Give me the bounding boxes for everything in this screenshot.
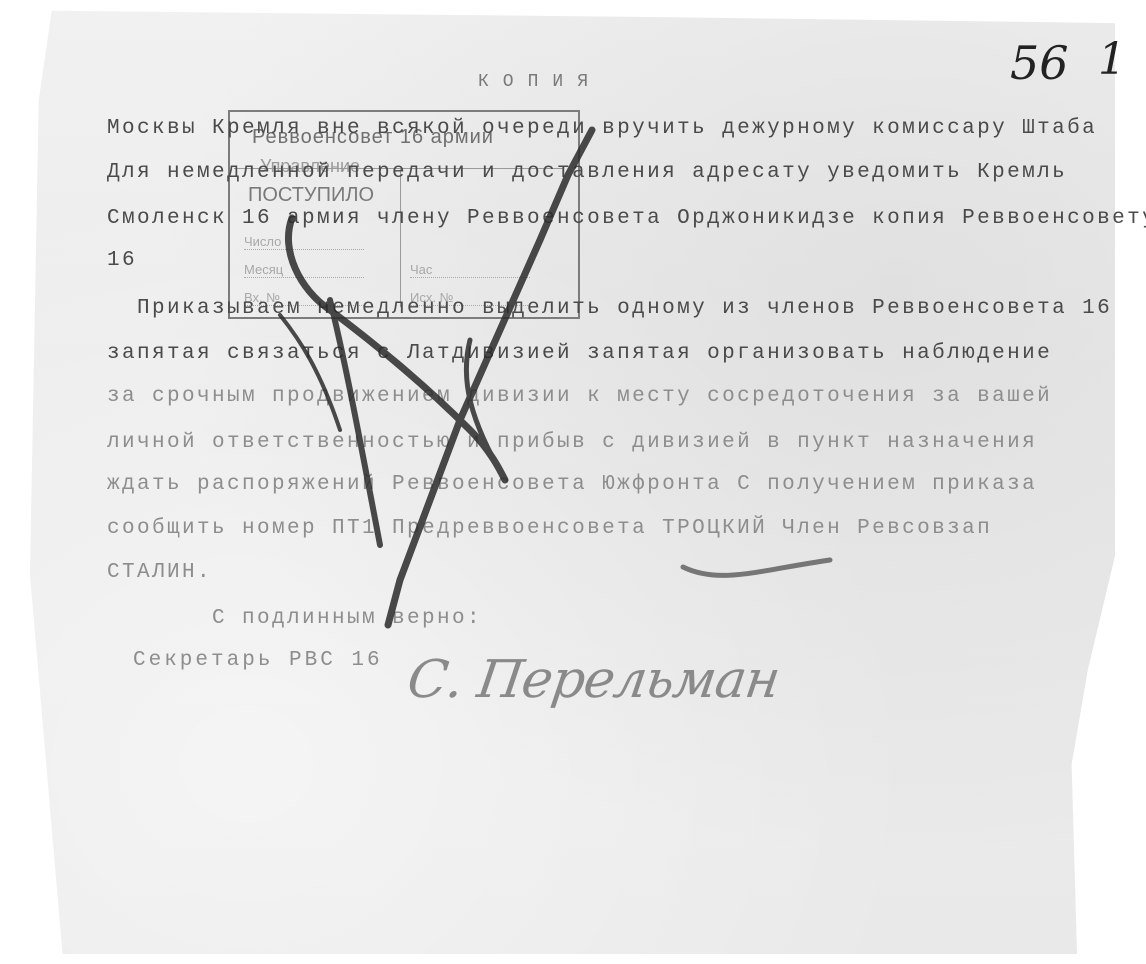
pencil-underline bbox=[683, 560, 830, 575]
pencil-stroke-curve bbox=[288, 218, 505, 480]
pencil-marks bbox=[0, 0, 1146, 964]
pencil-stroke-thin bbox=[280, 315, 340, 430]
